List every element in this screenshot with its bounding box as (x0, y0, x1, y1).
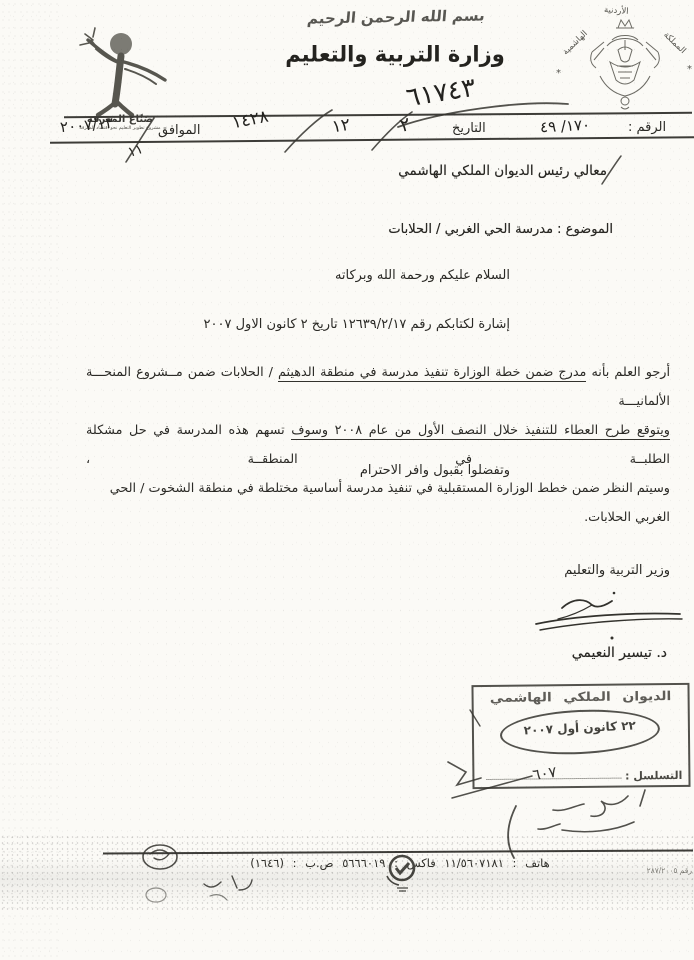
knowledge-makers-logo: صُنّاع المعرفة مشروع تطوير التعليم نحو ا… (55, 20, 185, 131)
royal-court-receipt-stamp: الديوان الملكي الهاشمي ٢٢ كانون أول ٢٠٠٧… (471, 683, 690, 789)
scan-noise-left-margin (0, 0, 60, 960)
ministry-title: وزارة التربية والتعليم (262, 41, 528, 66)
emblem-star-right: * (687, 64, 692, 75)
stamp-serial-label: التسلسل : (625, 769, 682, 783)
reference-line: إشارة لكتابكم رقم ١٢٦٣٩/٢/١٧ تاريخ ٢ كان… (204, 317, 510, 332)
signatory-name: د. تيسير النعيمي (572, 645, 667, 661)
handwritten-hijri-year: ١٤٢٨ (230, 107, 270, 134)
body-line-3: وسيتم النظر ضمن خطط الوزارة المستقبلية ف… (86, 474, 670, 532)
small-circle-scribble (146, 888, 166, 902)
stamp-title: الديوان الملكي الهاشمي (461, 688, 694, 706)
human-figure-icon (55, 20, 185, 116)
date-label: التاريخ (452, 121, 486, 136)
minister-signature (532, 588, 688, 644)
handwritten-hijri-day: ٢ (397, 113, 412, 137)
corresponding-label: الموافق (158, 123, 200, 138)
handwritten-number-value: ١٧٠/ ٤٩ (540, 116, 591, 137)
small-scribble (210, 895, 227, 900)
underlined-phrase: ويتوقع طرح العطاء للتنفيذ خلال النصف الأ… (291, 423, 670, 440)
body-text: أرجو العلم بأنه (586, 365, 670, 380)
letterhead-rule-bottom (50, 136, 694, 143)
handwritten-incoming-number: ٦١٧٤٣ (404, 73, 478, 114)
scanned-letter-page: بسم الله الرحمن الرحيم وزارة التربية وال… (0, 0, 694, 960)
emblem-arc-word: الأردنية (604, 5, 629, 17)
handwritten-note-scribble (553, 790, 645, 816)
number-label: الرقم : (628, 120, 666, 135)
stamp-date: ٢٢ كانون أول ٢٠٠٧ (502, 717, 658, 738)
crest-icon (560, 6, 690, 118)
emblem-star-left: * (556, 68, 561, 79)
bismillah-calligraphy: بسم الله الرحمن الرحيم (297, 6, 495, 27)
stamp-serial-value: ٦٠٧ (531, 763, 557, 784)
footer-side-number: رقم ٢٨٧/٢٠٠٥ (647, 866, 692, 875)
signature-title: وزير التربية والتعليم (564, 563, 670, 578)
quality-certification-mark-icon (380, 850, 424, 896)
subject-line: الموضوع : مدرسة الحي الغربي / الحلابات (388, 222, 613, 237)
addressee-line: معالي رئيس الديوان الملكي الهاشمي (398, 163, 607, 179)
handwritten-gregorian-day: ١١ (126, 141, 145, 161)
handwritten-gregorian-date: ٢٠٠٧/١٢ (59, 114, 114, 137)
stamp-serial-row: التسلسل : (482, 767, 682, 784)
underlined-phrase: مدرج ضمن خطة الوزارة تنفيذ مدرسة في منطق… (278, 365, 586, 382)
jordan-coat-of-arms: المملكة الأردنية الهاشمية * * (560, 6, 690, 118)
closing-line: وتفضلوا بقبول وافر الاحترام (360, 463, 510, 478)
greeting-line: السلام عليكم ورحمة الله وبركاته (335, 268, 510, 283)
stamp-date-oval: ٢٢ كانون أول ٢٠٠٧ (499, 706, 661, 757)
scan-noise-band (0, 834, 694, 914)
handwritten-hijri-month: ١٢ (331, 115, 352, 138)
small-check-scribbles (204, 876, 252, 890)
body-line-1: أرجو العلم بأنه مدرج ضمن خطة الوزارة تنف… (86, 358, 670, 416)
circled-initial (143, 845, 177, 869)
body-paragraph: أرجو العلم بأنه مدرج ضمن خطة الوزارة تنف… (86, 358, 670, 532)
handwritten-note-scribble (538, 822, 634, 832)
